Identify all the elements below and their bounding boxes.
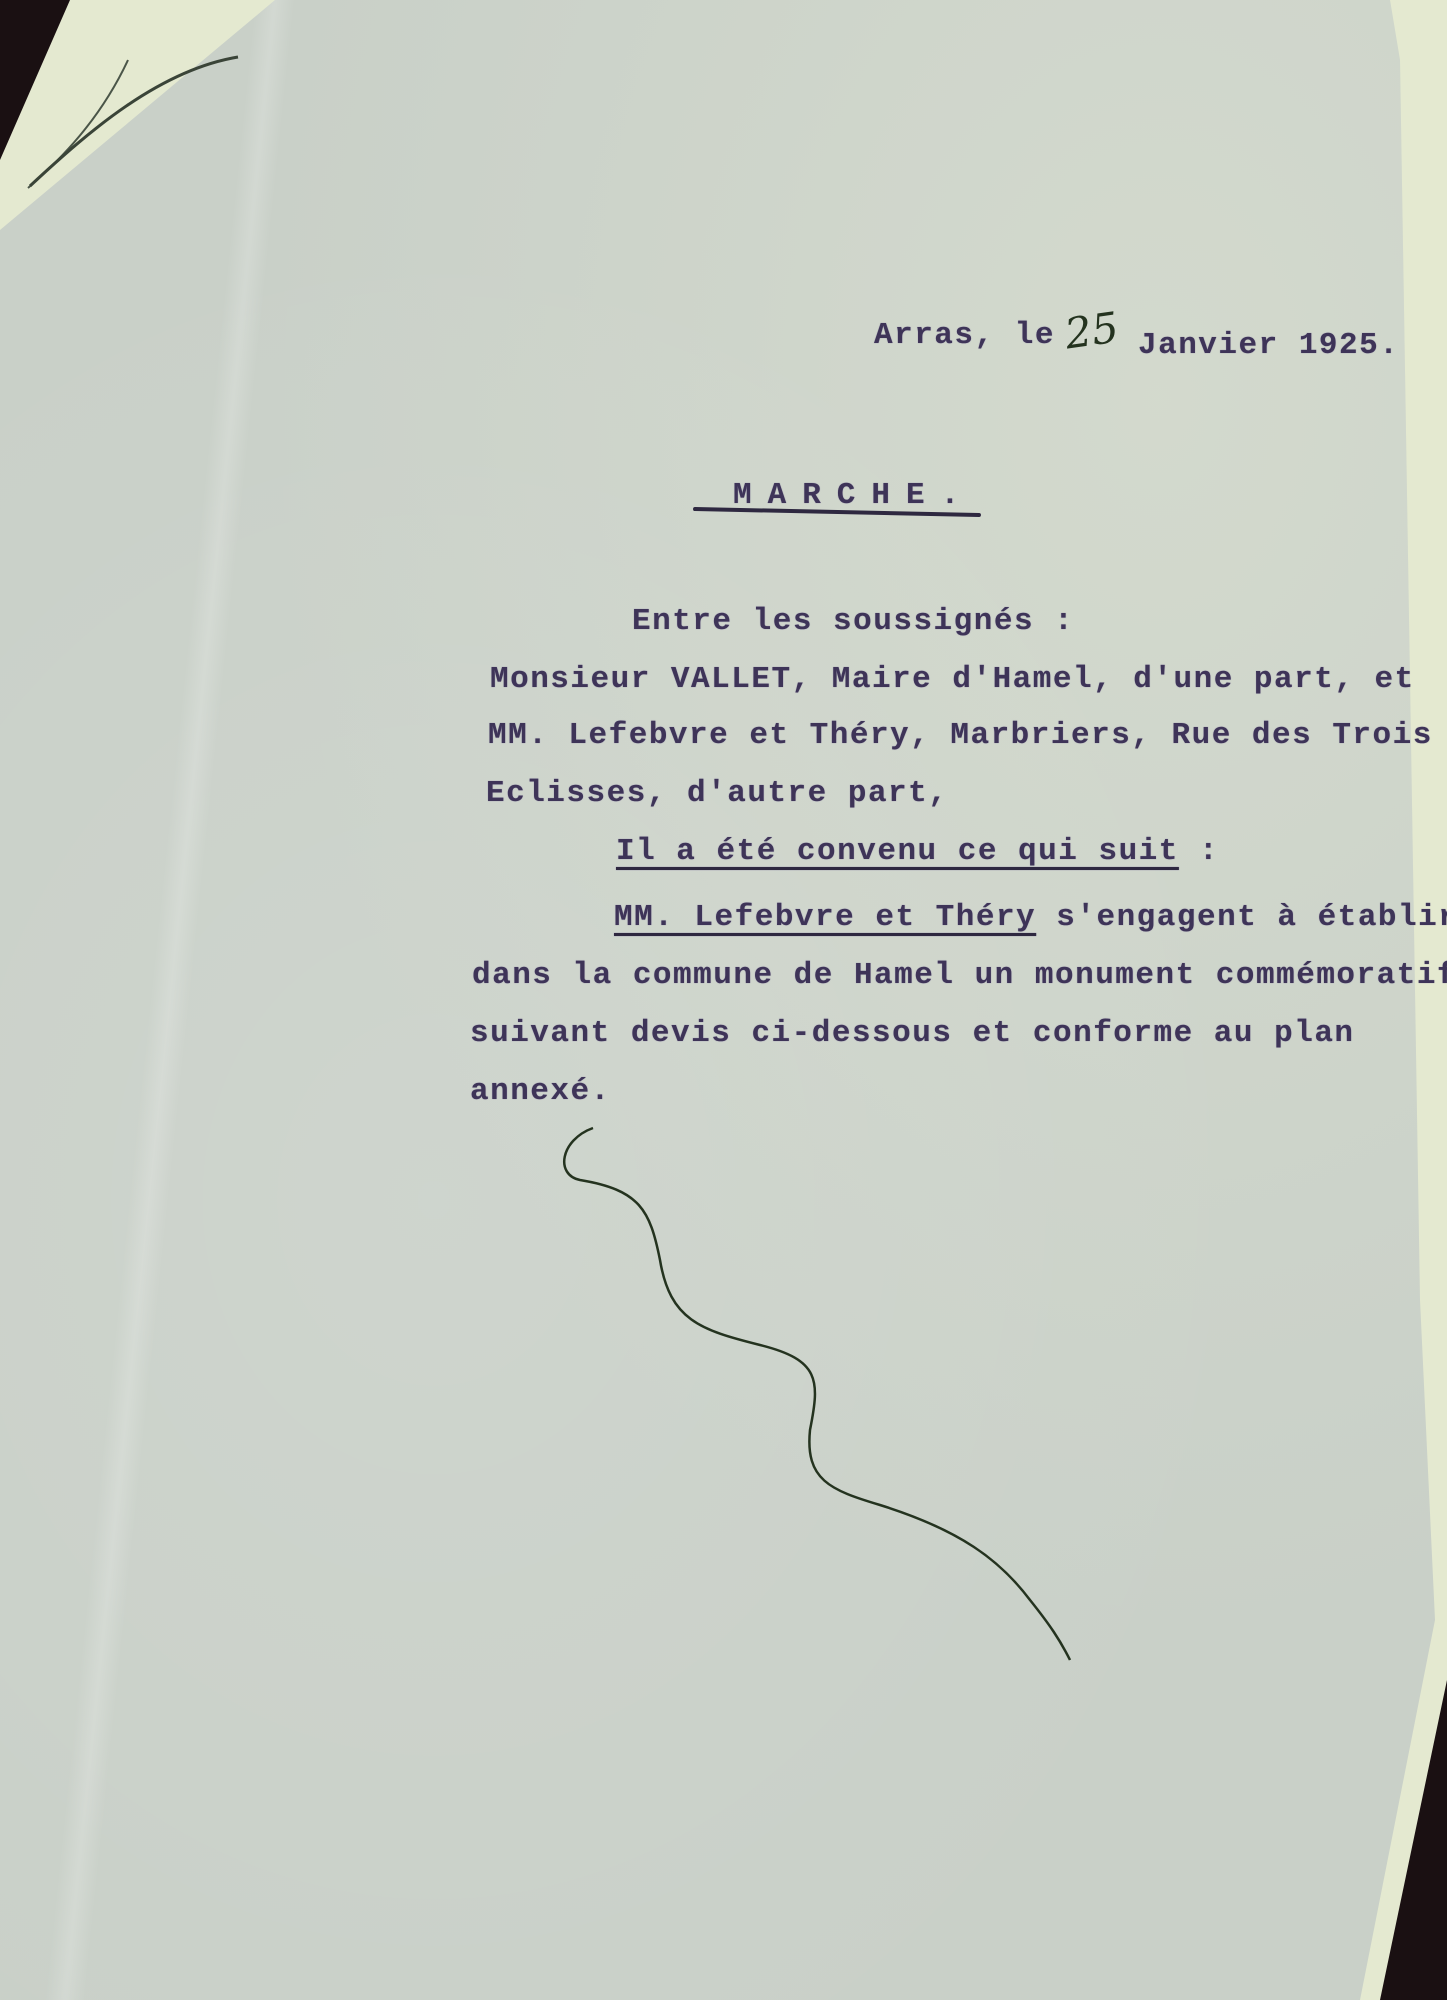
pen-annotations: [0, 0, 1447, 2000]
wavy-strike-line-icon: [564, 1128, 1070, 1660]
top-left-pen-curve-icon: [30, 57, 238, 186]
top-left-pen-mark-icon: [28, 60, 128, 188]
